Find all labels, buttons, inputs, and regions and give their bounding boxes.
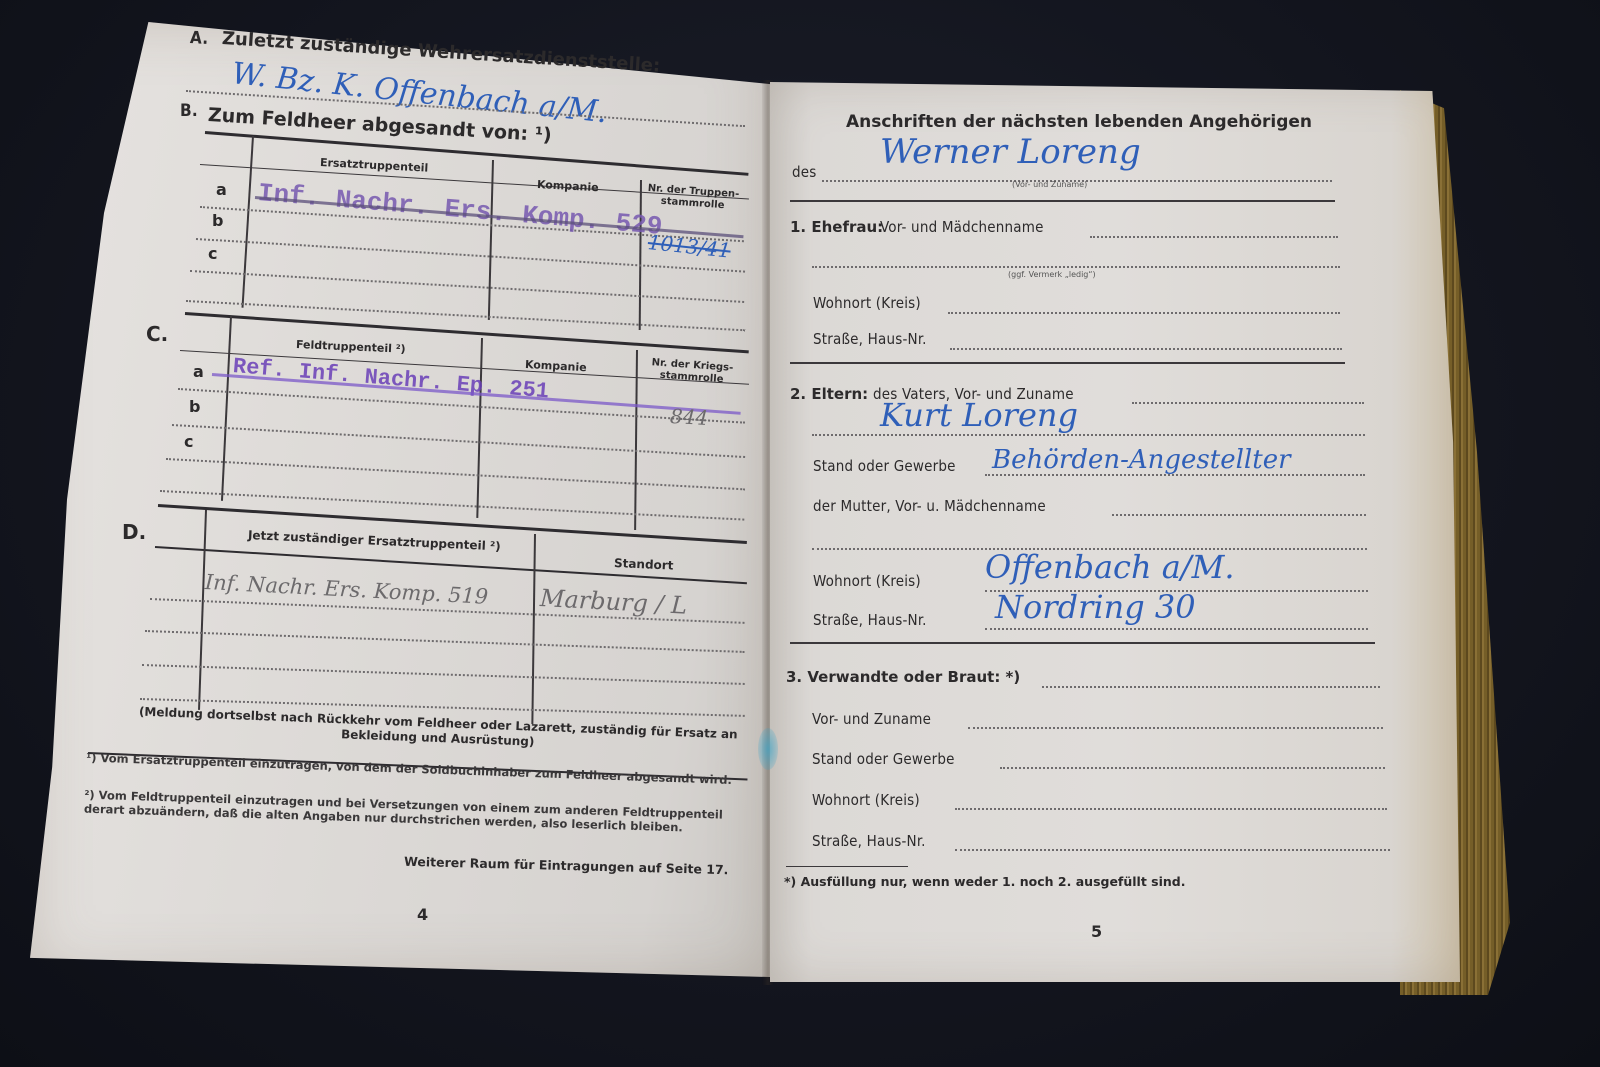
section-2-strasse-label: Straße, Haus-Nr. (813, 611, 927, 629)
section-3-heading-line (1042, 686, 1380, 688)
open-soldbuch: A. Zuletzt zuständige Wehrersatzdienstst… (0, 0, 1600, 1067)
section-1-caption: (ggf. Vermerk „ledig“) (1008, 270, 1096, 279)
section-3-wohnort-line (955, 808, 1387, 810)
section-3-strasse-line (955, 849, 1390, 851)
section-1-name-line (1090, 236, 1338, 238)
section-1-wohnort-line (948, 312, 1340, 314)
section-2-stand-value: Behörden-Angestellter (992, 445, 1291, 475)
section-c-stammrolle-entry: 844 (669, 404, 708, 430)
section-2-vater-line (1132, 402, 1364, 404)
section-3-footnote-rule (786, 866, 908, 867)
section-1-rule (790, 362, 1345, 364)
section-b-row-b: b (212, 211, 223, 230)
section-b-row-c: c (208, 244, 217, 263)
section-2-wohnort-value: Offenbach a/M. (985, 548, 1235, 586)
section-c-letter: C. (146, 322, 168, 346)
section-2-strasse-line (985, 628, 1368, 630)
page-number-left: 4 (417, 905, 428, 924)
section-d-letter: D. (122, 520, 146, 544)
section-3-stand-label: Stand oder Gewerbe (812, 750, 955, 768)
section-1-wohnort-label: Wohnort (Kreis) (813, 294, 921, 312)
section-3-heading: 3. Verwandte oder Braut: *) (786, 668, 1020, 686)
section-b-row-a: a (216, 180, 227, 199)
des-value: Werner Loreng (880, 132, 1141, 172)
section-c-row-b: b (189, 397, 200, 416)
section-d-col-standort: Standort (614, 556, 674, 573)
des-label: des (792, 163, 817, 181)
section-1-name-label: Vor- und Mädchenname (880, 218, 1044, 236)
section-2-mutter-line (1112, 514, 1366, 516)
right-page-title: Anschriften der nächsten lebenden Angehö… (846, 112, 1312, 132)
section-a-letter: A. (189, 28, 208, 49)
des-caption: (Vor- und Zuname) (1012, 180, 1087, 189)
section-2-rule (790, 642, 1375, 644)
section-c-row-a: a (193, 362, 204, 381)
page-number-right: 5 (1091, 922, 1102, 941)
section-3-name-label: Vor- und Zuname (812, 710, 931, 728)
section-2-mutter-label: der Mutter, Vor- u. Mädchenname (813, 497, 1046, 515)
section-1-strasse-line (950, 348, 1342, 350)
section-2-heading: 2. Eltern: (790, 385, 868, 403)
section-3-name-line (968, 727, 1383, 729)
right-page-footnote: *) Ausfüllung nur, wenn weder 1. noch 2.… (784, 874, 1185, 889)
section-b-letter: B. (180, 101, 198, 121)
section-1-name-line-2 (812, 266, 1340, 268)
section-c-row-c: c (184, 432, 193, 451)
section-3-strasse-label: Straße, Haus-Nr. (812, 832, 926, 850)
section-2-stand-label: Stand oder Gewerbe (813, 457, 956, 475)
section-1-heading: 1. Ehefrau: (790, 218, 883, 236)
des-rule (790, 200, 1335, 202)
section-2-vater-value: Kurt Loreng (880, 396, 1078, 434)
section-2-wohnort-label: Wohnort (Kreis) (813, 572, 921, 590)
section-2-vater-line-2 (812, 434, 1365, 436)
section-2-strasse-value: Nordring 30 (995, 588, 1196, 626)
section-3-wohnort-label: Wohnort (Kreis) (812, 791, 920, 809)
section-3-stand-line (1000, 767, 1385, 769)
ink-blot (758, 728, 778, 770)
section-1-strasse-label: Straße, Haus-Nr. (813, 330, 927, 348)
